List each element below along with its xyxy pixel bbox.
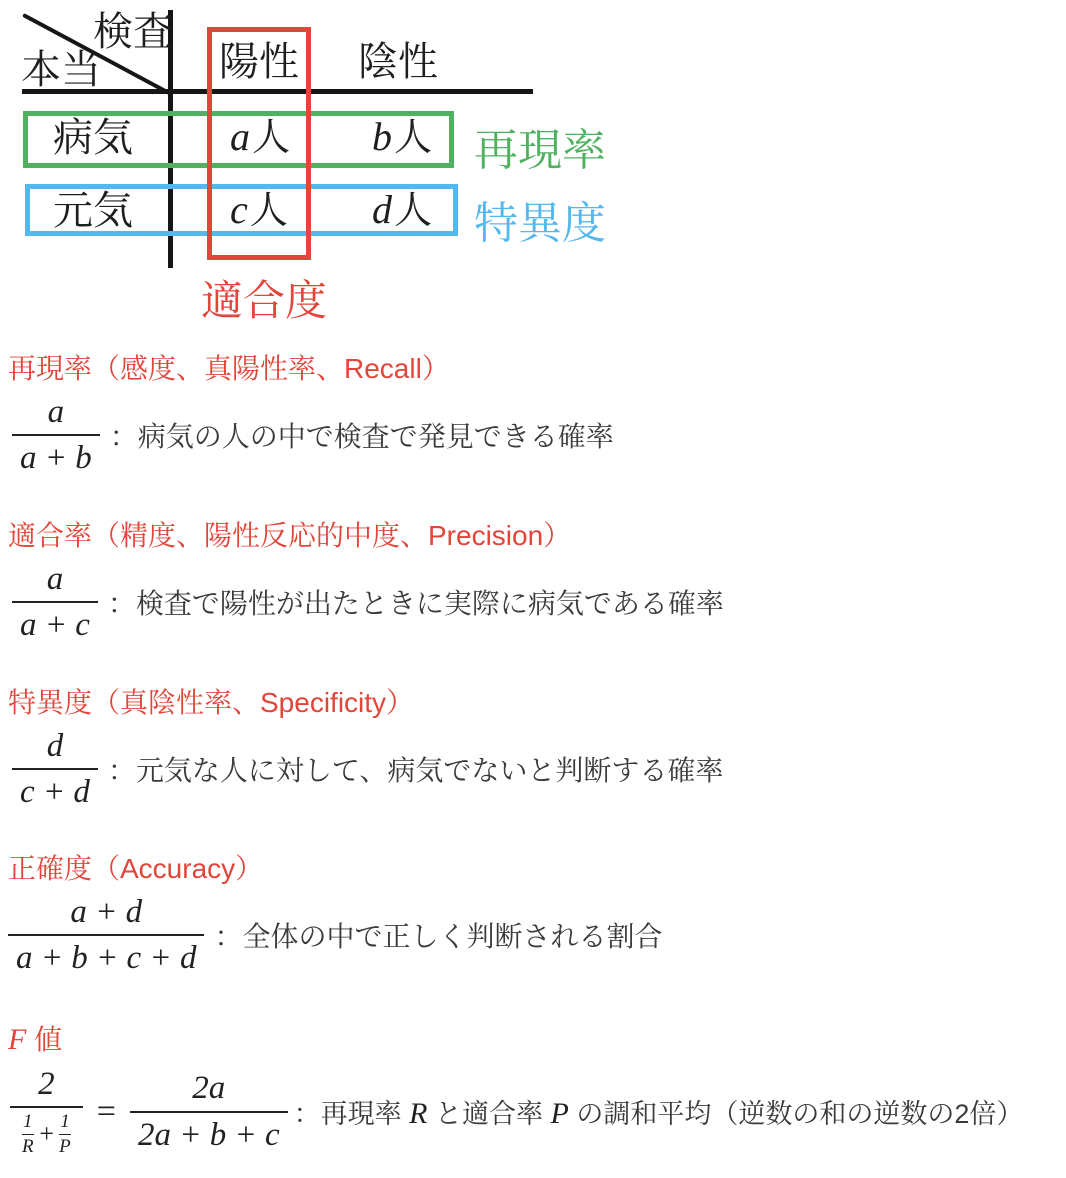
section-recall: 再現率（感度、真陽性率、Recall） a a + b ：病気の人の中で検査で発… (0, 352, 1066, 476)
cell-b-variable: b (372, 114, 394, 159)
precision-fraction: a a + c (12, 561, 98, 644)
f-desc-var-p: P (551, 1097, 569, 1130)
mini-fraction-bar (59, 1134, 71, 1135)
section-precision: 適合率（精度、陽性反応的中度、Precision） a a + c ：検査で陽性… (0, 519, 1066, 643)
cell-a-variable: a (230, 114, 252, 159)
accuracy-heading: 正確度（Accuracy） (8, 852, 1066, 886)
f-heading-rest: 値 (26, 1024, 62, 1055)
cell-b-unit: 人 (394, 117, 432, 159)
recall-side-label: 再現率 (474, 114, 606, 178)
section-specificity: 特異度（真陰性率、Specificity） d c + d ：元気な人に対して、… (0, 686, 1066, 810)
precision-heading: 適合率（精度、陽性反応的中度、Precision） (8, 519, 1066, 553)
cell-d-variable: d (372, 187, 394, 232)
precision-denominator: a + c (12, 607, 98, 643)
one-over-p-fraction: 1 P (59, 1112, 71, 1157)
column-header-positive: 陽性 (219, 41, 299, 83)
precision-formula-row: a a + c ：検査で陽性が出たときに実際に病気である確率 (12, 561, 1066, 644)
corner-label-test: 検査 (93, 11, 173, 53)
cell-a-unit: 人 (252, 117, 290, 159)
row-label-healthy: 元気 (53, 190, 133, 232)
fraction-bar (8, 934, 204, 936)
cell-false-positive: c人 (230, 189, 288, 232)
mini-denominator-r: R (22, 1137, 34, 1157)
plus-sign: + (38, 1120, 56, 1149)
accuracy-denominator: a + b + c + d (8, 940, 204, 976)
f-value-heading: F 値 (8, 1022, 1066, 1058)
one-over-r-fraction: 1 R (22, 1112, 34, 1157)
confusion-matrix-table: 検査 本当 陽性 陰性 病気 a人 b人 元気 c人 d人 再現率 特異度 適合… (0, 0, 660, 330)
f-desc-var-r: R (409, 1097, 427, 1130)
cell-c-variable: c (230, 187, 250, 232)
equals-sign: = (97, 1093, 116, 1131)
f-harmonic-numerator: 2 (30, 1066, 63, 1102)
f-value-formula-row: 2 1 R + 1 P = 2a (10, 1066, 1066, 1157)
recall-formula-row: a a + b ：病気の人の中で検査で発見できる確率 (12, 394, 1066, 477)
fraction-bar (12, 434, 100, 436)
accuracy-description: ：全体の中で正しく判断される割合 (214, 915, 662, 955)
corner-label-truth: 本当 (21, 49, 101, 91)
recall-fraction: a a + b (12, 394, 100, 477)
specificity-side-label: 特異度 (474, 187, 606, 251)
precision-description: ：検査で陽性が出たときに実際に病気である確率 (108, 582, 724, 622)
f-harmonic-fraction: 2 1 R + 1 P (10, 1066, 83, 1157)
specificity-fraction: d c + d (12, 728, 98, 811)
f-desc-part2: と適合率 (427, 1099, 550, 1129)
precision-bottom-label: 適合度 (201, 268, 327, 328)
column-header-negative: 陰性 (358, 41, 438, 83)
specificity-formula-row: d c + d ：元気な人に対して、病気でないと判断する確率 (12, 728, 1066, 811)
mini-denominator-p: P (59, 1137, 71, 1157)
mini-numerator: 1 (60, 1112, 70, 1132)
accuracy-numerator: a + d (62, 894, 150, 930)
specificity-description: ：元気な人に対して、病気でないと判断する確率 (108, 749, 723, 789)
f-harmonic-denominator: 1 R + 1 P (10, 1112, 83, 1157)
fraction-bar (12, 768, 98, 770)
cell-d-unit: 人 (394, 190, 432, 232)
f-desc-part3: の調和平均（逆数の和の逆数の2倍） (569, 1099, 1024, 1129)
fraction-bar (10, 1106, 83, 1108)
fraction-bar (12, 601, 98, 603)
cell-true-negative: d人 (372, 189, 432, 232)
specificity-numerator: d (39, 728, 72, 764)
specificity-denominator: c + d (12, 774, 98, 810)
recall-denominator: a + b (12, 440, 100, 476)
accuracy-fraction: a + d a + b + c + d (8, 894, 204, 977)
mini-fraction-bar (22, 1134, 34, 1135)
f-variable: F (8, 1023, 26, 1056)
cell-true-positive: a人 (230, 116, 290, 159)
f-desc-part1: ：再現率 (294, 1099, 410, 1129)
recall-numerator: a (40, 394, 73, 430)
section-f-value: F 値 2 1 R + 1 P (0, 1022, 1066, 1157)
recall-description: ：病気の人の中で検査で発見できる確率 (110, 415, 614, 455)
f-simplified-numerator: 2a (184, 1070, 233, 1106)
cell-c-unit: 人 (250, 190, 288, 232)
row-label-sick: 病気 (53, 117, 133, 159)
specificity-heading: 特異度（真陰性率、Specificity） (8, 686, 1066, 720)
precision-numerator: a (39, 561, 72, 597)
f-simplified-fraction: 2a 2a + b + c (130, 1070, 288, 1153)
accuracy-formula-row: a + d a + b + c + d ：全体の中で正しく判断される割合 (8, 894, 1066, 977)
page: 検査 本当 陽性 陰性 病気 a人 b人 元気 c人 d人 再現率 特異度 適合… (0, 0, 1066, 1178)
mini-numerator: 1 (23, 1112, 33, 1132)
cell-false-negative: b人 (372, 116, 432, 159)
section-accuracy: 正確度（Accuracy） a + d a + b + c + d ：全体の中で… (0, 852, 1066, 976)
fraction-bar (130, 1111, 288, 1113)
recall-heading: 再現率（感度、真陽性率、Recall） (8, 352, 1066, 386)
f-value-description: ：再現率 R と適合率 P の調和平均（逆数の和の逆数の2倍） (294, 1092, 1024, 1131)
f-simplified-denominator: 2a + b + c (130, 1117, 288, 1153)
